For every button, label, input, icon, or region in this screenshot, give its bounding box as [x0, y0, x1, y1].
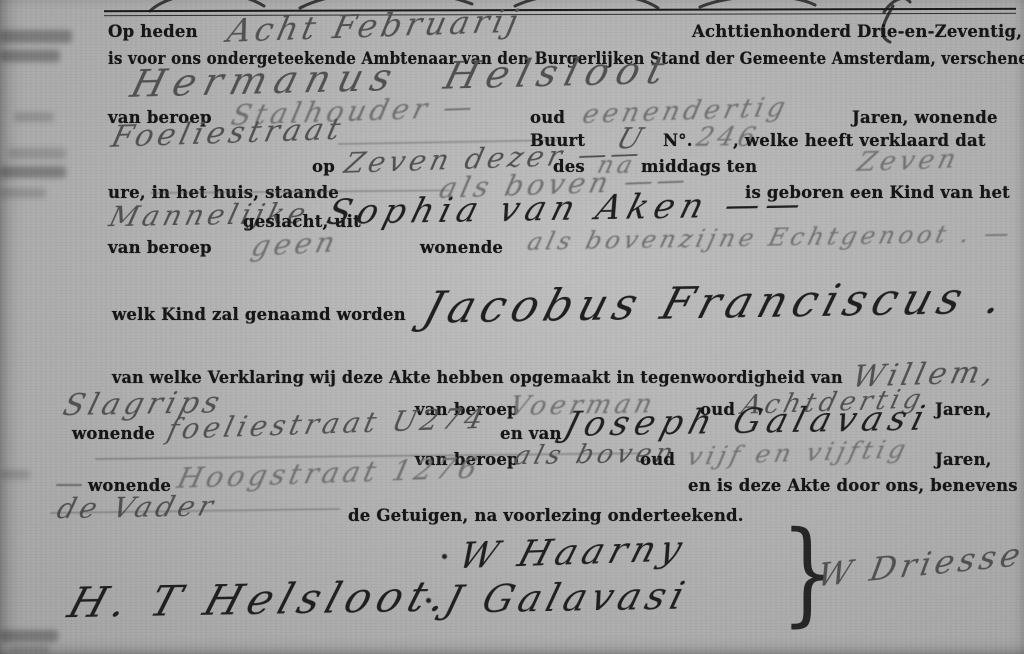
bleed-artifact — [14, 112, 54, 122]
label-wonende-w1: wonende — [72, 424, 155, 443]
written-mother-beroep: geen — [248, 226, 342, 263]
label-op: op — [312, 157, 335, 176]
label-jaren-wonende: Jaren, wonende — [852, 108, 998, 127]
birth-record-scan: Op heden Acht Februarij Achttienhonderd … — [0, 0, 1024, 654]
bleed-artifact — [8, 148, 66, 159]
label-year: Achttienhonderd Drie-en-Zeventig, — [692, 22, 1022, 41]
label-jaren-w1: Jaren, — [935, 400, 992, 419]
label-oud: oud — [530, 108, 565, 127]
written-vader-note: de Vader — [54, 489, 221, 525]
written-child-name: Jacobus Franciscus . — — [418, 272, 1024, 334]
label-witness-intro: van welke Verklaring wij deze Akte hebbe… — [112, 368, 843, 387]
bleed-artifact — [0, 30, 72, 43]
label-closing: de Getuigen, na voorlezing onderteekend. — [348, 506, 744, 525]
label-oud-w2: oud — [640, 450, 675, 469]
ink-stroke — [56, 484, 82, 486]
label-jaren-w2: Jaren, — [935, 450, 992, 469]
label-no: N°. — [663, 131, 693, 150]
bleed-artifact — [0, 188, 46, 198]
signature-father: H. T Helsloot. — [62, 571, 459, 627]
label-van-beroep-mother: van beroep — [108, 238, 212, 257]
written-hour: Zeven — [855, 145, 963, 178]
bleed-artifact — [0, 470, 30, 479]
bleed-artifact — [0, 630, 58, 642]
signature-witness1: W Haarny — [454, 528, 692, 577]
label-naming: welk Kind zal genaamd worden — [112, 305, 406, 324]
label-akte: en is deze Akte door ons, benevens — [688, 476, 1018, 495]
bleed-artifact — [10, 645, 50, 654]
signature-dot — [442, 554, 447, 559]
bleed-artifact — [0, 166, 66, 178]
signature-witness2: J Galavasi — [440, 574, 694, 622]
signature-registrar: W Driessen — [815, 533, 1024, 594]
bleed-artifact — [0, 50, 60, 62]
written-address: Foeliestraat — [108, 112, 348, 155]
label-op-heden: Op heden — [108, 22, 198, 41]
label-wonende-mother: wonende — [420, 238, 503, 257]
